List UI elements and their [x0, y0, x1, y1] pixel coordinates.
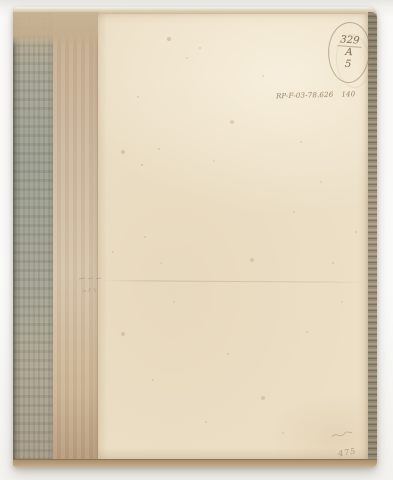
photo-of-book-cover: 329 A 5 RP-F-03-78.626140 475 — [0, 0, 393, 480]
book-fore-edge — [368, 12, 377, 461]
stamp-number: 329 — [338, 34, 362, 48]
top-left-corner-wear — [13, 12, 99, 48]
blank-cream-page — [98, 14, 368, 460]
stamp-subnumber: 5 — [345, 58, 352, 70]
book-back-cover — [13, 7, 377, 467]
book-bottom-page-edges — [13, 459, 377, 467]
foxing-spots — [0, 0, 2, 2]
pencil-squiggle-icon — [330, 428, 354, 442]
stamp-letter: A — [345, 47, 353, 59]
inventory-number: RP-F-03-78.626 — [276, 91, 334, 101]
worn-tan-edge-strip — [53, 13, 98, 461]
faint-pencil-marks — [75, 273, 107, 301]
marbled-spine-strip — [13, 13, 53, 461]
inventory-suffix: 140 — [341, 90, 355, 98]
